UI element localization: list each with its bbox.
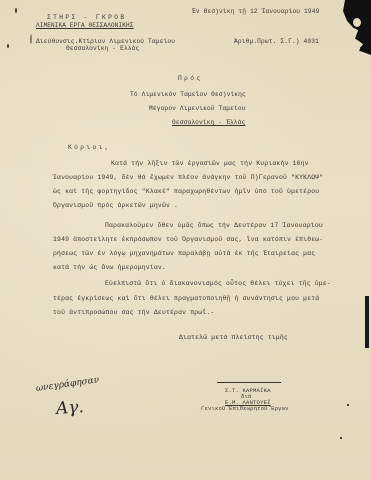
body-line: κατά τήν ὡς ἄνω ἡμερομηνίαν. [53,264,166,271]
body-line: Κατά τήν λῆξιν τῶν ἐργασιῶν μας τήν Κυρι… [111,160,309,167]
body-line: ρήσεως τῶν ἐν λόγῳ μηχανημάτων παραλάβῃ … [53,250,315,257]
body-line: τέρας ἐγκρίσεως καί ὅτι θέλει πραγματοπο… [53,295,319,302]
closing-line: Διατελῶ μετά πλείστης τιμῆς [179,334,288,341]
company-name: ΣΤΗΡΣ - ΓΚΡΟΒ [47,14,126,21]
document-page: ΣΤΗΡΣ - ΓΚΡΟΒ ΛΙΜΕΝΙΚΑ ΕΡΓΑ ΘΕΣΣΑΛΟΝΙΚΗΣ… [0,0,371,480]
recipient-line-2: Μέγαρον Λιμενικοῦ Ταμείου [149,105,246,112]
body-line: τοῦ ἀντιπροσώπου σας τήν Δευτέραν πρωΐ.- [53,309,214,316]
address-line-1: Διεύθυνσις.Κτίριον Λιμενικού Ταμείου [36,38,175,45]
body-line: Ὀργανισμοῦ πρός ἀρκετῶν μηνῶν . [53,202,178,209]
salutation: Κύριοι, [68,144,111,151]
speck [30,34,32,44]
project-name: ΛΙΜΕΝΙΚΑ ΕΡΓΑ ΘΕΣΣΑΛΟΝΙΚΗΣ [36,22,134,29]
speck [15,8,17,13]
stain-spot [360,46,368,50]
speck [347,404,349,406]
handwritten-note: ωνεγράφησαν [35,375,100,394]
body-line: Παρακαλοῦμεν ὅθεν ὑμᾶς ὅπως τήν Δευτέραν… [105,222,323,229]
body-line: ὡς καί τῆς φορτηγίδος "Κλακέ" παραχωρηθέ… [53,188,319,195]
signature-line [217,382,281,383]
address-line-2: Θεσσαλονίκη - Ελλάς [66,45,139,52]
recipient-line-3: Θεσσαλονίκη - Ἑλλάς [172,119,245,126]
stain-spot [353,18,361,27]
body-line: Εὐελπιστῶ ὅτι ὁ διακανονισμός οὗτος θέλε… [105,280,331,287]
edge-shadow [365,296,369,348]
speck [7,44,9,48]
date-line: Έν Θεσ)νίκη τῇ 12 Ίανουαρίου 1949 [192,8,319,15]
body-line: 1949 ἀποστείλητε ἐκπρόσωπον τοῦ Ὀργανισμ… [53,236,323,243]
protocol-number: Άριθμ.Πρωτ. Σ.Γ.) 4031 [234,38,319,45]
signatory-title: Γενικοῦ Ἐπιθεωρητοῦ Ἔργων [201,405,289,412]
recipient-line-1: Τό Λιμενικόν Ταμεῖον Θεσ)νίκης [130,91,246,98]
handwritten-initials: Αγ. [55,397,84,419]
to-label: Πρός [178,75,202,82]
speck [340,437,342,439]
body-line: Ἰανουαρίου 1949, δέν θά ἔχωμεν πλέον ἀνά… [53,174,323,181]
